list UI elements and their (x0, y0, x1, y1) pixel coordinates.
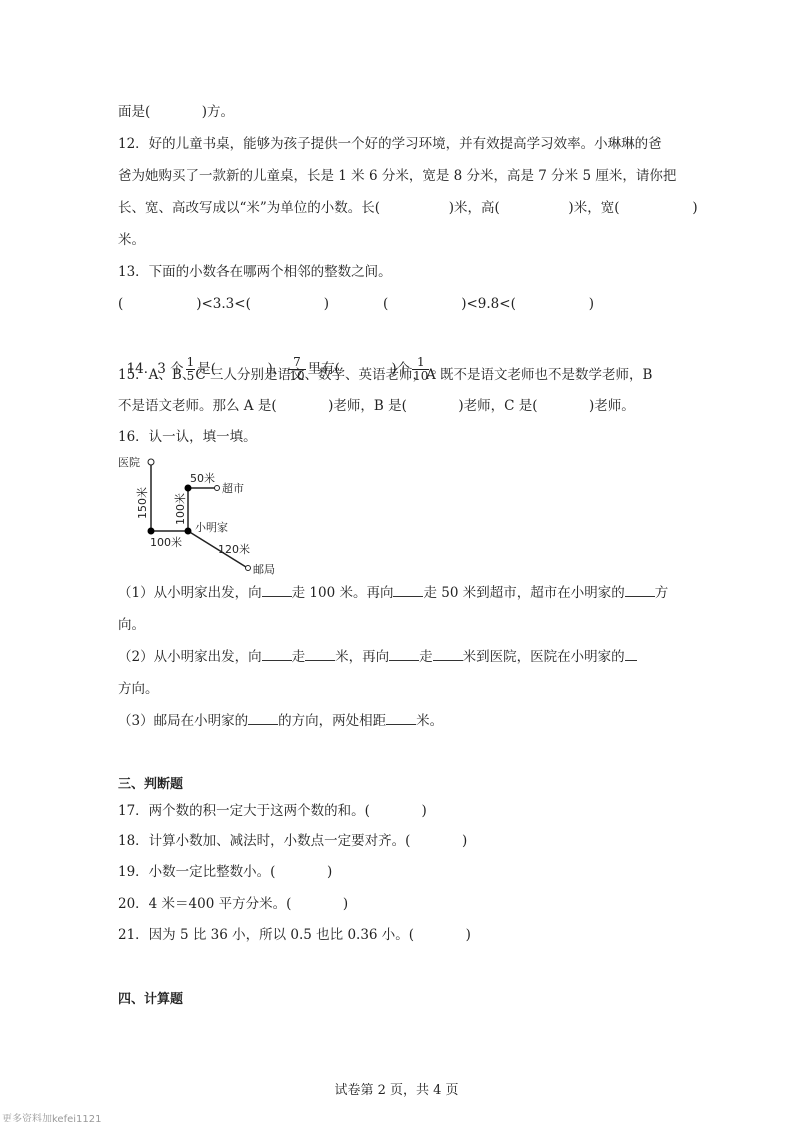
q16-prompt: 16．认一认，填一填。 (118, 428, 257, 446)
tf-item-18: 18．计算小数加、减法时，小数点一定要对齐。( ) (118, 832, 467, 850)
q16-sub2-text-c: 米，再向 (335, 649, 389, 665)
direction-map: 医院 超市 小明家 邮局 50米 100米 120米 150米 100米 (110, 445, 290, 580)
q12-line3: 长、宽、高改写成以“米”为单位的小数。长( )米，高( )米，宽( ) (118, 199, 698, 217)
corner-dot-icon (148, 528, 155, 535)
answer-blank[interactable] (262, 584, 292, 597)
page-footer: 试卷第 2 页，共 4 页 (0, 1079, 793, 1098)
answer-blank[interactable] (386, 712, 416, 725)
q15-line1: 15．A、B、C 三人分别是语文、数学、英语老师，A 既不是语文老师也不是数学老… (118, 366, 652, 384)
q16-sub3-text-b: 的方向，两处相距 (278, 713, 386, 729)
answer-blank[interactable] (393, 584, 423, 597)
q16-sub1-text-a: （1）从小明家出发，向 (118, 585, 262, 601)
label-post-office: 邮局 (253, 562, 275, 576)
q16-sub1-text-b: 走 100 米。再向 (292, 585, 394, 601)
q12-line2: 爸为她购买了一款新的儿童桌，长是 1 米 6 分米，宽是 8 分米，高是 7 分… (118, 167, 676, 185)
label-hospital: 医院 (118, 455, 140, 469)
label-home: 小明家 (195, 520, 228, 534)
q16-sub2-text-d: 走 (419, 649, 433, 665)
label-supermarket: 超市 (222, 481, 244, 495)
answer-blank[interactable] (389, 648, 419, 661)
label-100m-vertical: 100米 (173, 493, 187, 525)
q13-left-inequality: ( )<3.3<( ) (118, 295, 329, 313)
tf-item-21: 21．因为 5 比 36 小，所以 0.5 也比 0.36 小。( ) (118, 926, 471, 944)
q16-sub1-text-d: 方 (655, 585, 669, 601)
answer-blank[interactable] (625, 648, 637, 661)
q16-sub3-text-c: 米。 (416, 713, 443, 729)
q11-tail: 面是( )方。 (118, 103, 234, 121)
label-120m: 120米 (218, 542, 250, 556)
tf-item-17: 17．两个数的积一定大于这两个数的和。( ) (118, 802, 427, 820)
q13-right-inequality: ( )<9.8<( ) (383, 295, 594, 313)
answer-blank[interactable] (433, 648, 463, 661)
answer-blank[interactable] (305, 648, 335, 661)
q12-line1: 12．好的儿童书桌，能够为孩子提供一个好的学习环境，并有效提高学习效率。小琳琳的… (118, 135, 662, 153)
q13-prompt: 13．下面的小数各在哪两个相邻的整数之间。 (118, 263, 392, 281)
q16-sub2-text-a: （2）从小明家出发，向 (118, 649, 262, 665)
turn-dot-icon (185, 485, 192, 492)
label-50m: 50米 (190, 471, 215, 485)
label-100m-horizontal: 100米 (150, 535, 182, 549)
supermarket-marker-icon (215, 486, 220, 491)
q16-sub1-text-e: 向。 (118, 616, 145, 634)
q16-sub2-text-b: 走 (292, 649, 306, 665)
section-title: 三、判断题 (118, 776, 183, 794)
answer-blank[interactable] (262, 648, 292, 661)
answer-blank[interactable] (248, 712, 278, 725)
label-150m: 150米 (135, 487, 149, 519)
q12-line4: 米。 (118, 231, 145, 249)
tf-item-20: 20．4 米＝400 平方分米。( ) (118, 895, 348, 913)
hospital-marker-icon (148, 459, 154, 465)
post-office-marker-icon (246, 566, 251, 571)
answer-blank[interactable] (625, 584, 655, 597)
q16-sub2-text-e: 米到医院，医院在小明家的 (463, 649, 625, 665)
tf-item-19: 19．小数一定比整数小。( ) (118, 863, 332, 881)
q16-sub2-text-f: 方向。 (118, 680, 159, 698)
section-calculation-title: 四、计算题 (118, 991, 183, 1009)
q15-line2: 不是语文老师。那么 A 是( )老师，B 是( )老师，C 是( )老师。 (118, 397, 635, 415)
watermark: 更多资料加kefei1121 (2, 1110, 102, 1122)
q16-sub1-text-c: 走 50 米到超市，超市在小明家的 (423, 585, 624, 601)
home-dot-icon (185, 528, 192, 535)
q16-sub3-text-a: （3）邮局在小明家的 (118, 713, 248, 729)
